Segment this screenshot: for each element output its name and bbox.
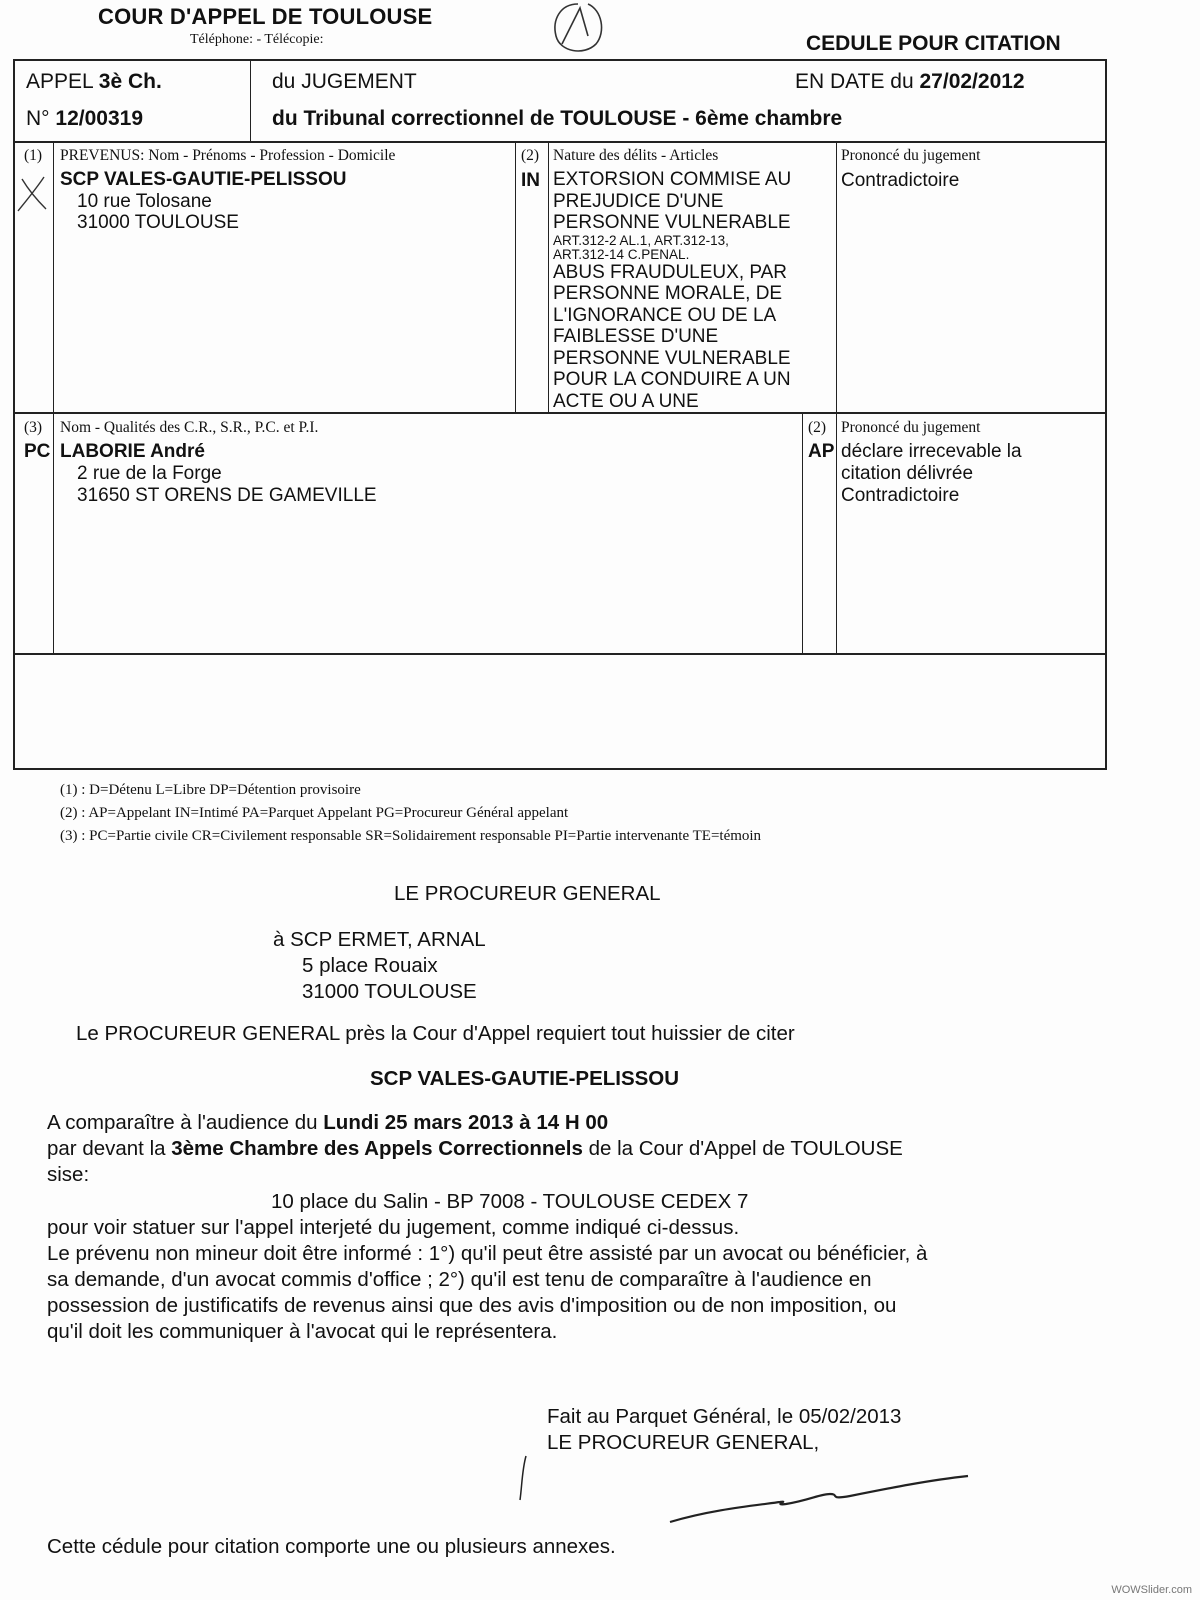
chamber-suffix: de la Cour d'Appel de TOULOUSE xyxy=(583,1137,903,1160)
col3-marker: (3) xyxy=(24,419,42,437)
number-value: 12/00319 xyxy=(55,107,143,130)
issuer-title: LE PROCUREUR GENERAL xyxy=(394,881,661,907)
offence-line: PREJUDICE D'UNE xyxy=(553,191,833,213)
chamber-line: par devant la 3ème Chambre des Appels Co… xyxy=(47,1136,903,1162)
civil-judgment-line: déclare irrecevable la xyxy=(841,441,1022,463)
civil-party-status-code: AP xyxy=(808,441,834,463)
document-type-title: CEDULE POUR CITATION xyxy=(806,32,1061,56)
appel-label: APPEL xyxy=(26,70,93,93)
defendant-judgment: Contradictoire xyxy=(841,170,959,192)
hearing-datetime: Lundi 25 mars 2013 à 14 H 00 xyxy=(323,1111,608,1134)
chamber-prefix: par devant la xyxy=(47,1137,171,1160)
date-value: 27/02/2012 xyxy=(920,70,1025,93)
watermark: WOWSlider.com xyxy=(1111,1584,1192,1596)
hearing-line: A comparaître à l'audience du Lundi 25 m… xyxy=(47,1110,608,1136)
hearing-prefix: A comparaître à l'audience du xyxy=(47,1111,323,1134)
civil-party-address-line2: 31650 ST ORENS DE GAMEVILLE xyxy=(77,485,377,507)
chamber-value: 3è Ch. xyxy=(99,70,162,93)
offence-line: PERSONNE VULNERABLE xyxy=(553,212,833,234)
civil-party-role-code: PC xyxy=(24,441,50,463)
paragraph-line: possession de justificatifs de revenus a… xyxy=(47,1293,927,1319)
court-name: COUR D'APPEL DE TOULOUSE xyxy=(98,4,432,30)
offence-line: POUR LA CONDUIRE A UN xyxy=(553,369,833,391)
legend-line-3: (3) : PC=Partie civile CR=Civilement res… xyxy=(60,825,761,848)
civil-judgment-line: citation délivrée xyxy=(841,463,1022,485)
offences-list: EXTORSION COMMISE AUPREJUDICE D'UNEPERSO… xyxy=(553,169,833,415)
offence-line: PERSONNE MORALE, DE xyxy=(553,283,833,305)
legend-line-2: (2) : AP=Appelant IN=Intimé PA=Parquet A… xyxy=(60,802,761,825)
defendant-name: SCP VALES-GAUTIE-PELISSOU xyxy=(60,169,346,191)
chamber-name: 3ème Chambre des Appels Correctionnels xyxy=(171,1137,583,1160)
civil-judgment: déclare irrecevable la citation délivrée… xyxy=(841,441,1022,507)
civil-col2-marker: (2) xyxy=(808,419,826,437)
civil-party-header: Nom - Qualités des C.R., S.R., P.C. et P… xyxy=(60,419,318,437)
defendant-header: PREVENUS: Nom - Prénoms - Profession - D… xyxy=(60,147,395,165)
civil-party-name: LABORIE André xyxy=(60,441,205,463)
defendant-status-code: IN xyxy=(521,170,540,192)
defendant-judgment-header: Prononcé du jugement xyxy=(841,147,980,165)
civil-party-address-line1: 2 rue de la Forge xyxy=(77,463,222,485)
defendant-address-line2: 31000 TOULOUSE xyxy=(77,212,239,234)
tribunal-name: du Tribunal correctionnel de TOULOUSE - … xyxy=(272,107,842,131)
paragraph-line: pour voir statuer sur l'appel interjeté … xyxy=(47,1215,927,1241)
contact-line: Téléphone: - Télécopie: xyxy=(190,32,323,48)
paragraph-line: Le prévenu non mineur doit être informé … xyxy=(47,1241,927,1267)
sise-label: sise: xyxy=(47,1162,89,1188)
defendant-address-line1: 10 rue Tolosane xyxy=(77,191,212,213)
offence-line: ACTE OU A UNE xyxy=(553,391,833,413)
appeal-chamber: APPEL 3è Ch. xyxy=(26,70,162,94)
date-label: EN DATE du xyxy=(795,70,914,93)
recipient-address2: 31000 TOULOUSE xyxy=(302,979,477,1005)
civil-judgment-header: Prononcé du jugement xyxy=(841,419,980,437)
offence-line: ART.312-14 C.PENAL. xyxy=(553,248,833,262)
offence-line: PERSONNE VULNERABLE xyxy=(553,348,833,370)
offence-line: L'IGNORANCE OU DE LA xyxy=(553,305,833,327)
judgment-date: EN DATE du 27/02/2012 xyxy=(795,70,1025,94)
recipient-name: à SCP ERMET, ARNAL xyxy=(273,927,486,953)
col1-marker: (1) xyxy=(24,147,42,165)
recipient-address1: 5 place Rouaix xyxy=(302,953,438,979)
case-number: N° 12/00319 xyxy=(26,107,143,131)
cited-party: SCP VALES-GAUTIE-PELISSOU xyxy=(370,1066,679,1092)
handwritten-mark-icon xyxy=(548,0,608,58)
civil-judgment-line: Contradictoire xyxy=(841,485,1022,507)
judgment-label: du JUGEMENT xyxy=(272,70,417,94)
offences-header: Nature des délits - Articles xyxy=(553,147,718,165)
legend: (1) : D=Détenu L=Libre DP=Détention prov… xyxy=(60,779,761,848)
annex-note: Cette cédule pour citation comporte une … xyxy=(47,1534,616,1560)
col2-marker: (2) xyxy=(521,147,539,165)
offence-line: EXTORSION COMMISE AU xyxy=(553,169,833,191)
number-label: N° xyxy=(26,107,50,130)
handwritten-x-icon xyxy=(16,175,52,215)
signature-scribble-icon xyxy=(510,1450,980,1530)
information-paragraph: pour voir statuer sur l'appel interjeté … xyxy=(47,1215,927,1345)
request-text: Le PROCUREUR GENERAL près la Cour d'Appe… xyxy=(76,1021,795,1047)
offence-line: FAIBLESSE D'UNE xyxy=(553,326,833,348)
offence-line: ABUS FRAUDULEUX, PAR xyxy=(553,262,833,284)
legend-line-1: (1) : D=Détenu L=Libre DP=Détention prov… xyxy=(60,779,761,802)
paragraph-line: qu'il doit les communiquer à l'avocat qu… xyxy=(47,1319,927,1345)
offence-line: ART.312-2 AL.1, ART.312-13, xyxy=(553,234,833,248)
court-address: 10 place du Salin - BP 7008 - TOULOUSE C… xyxy=(271,1189,748,1215)
signature-place-date: Fait au Parquet Général, le 05/02/2013 xyxy=(547,1404,901,1430)
paragraph-line: sa demande, d'un avocat commis d'office … xyxy=(47,1267,927,1293)
